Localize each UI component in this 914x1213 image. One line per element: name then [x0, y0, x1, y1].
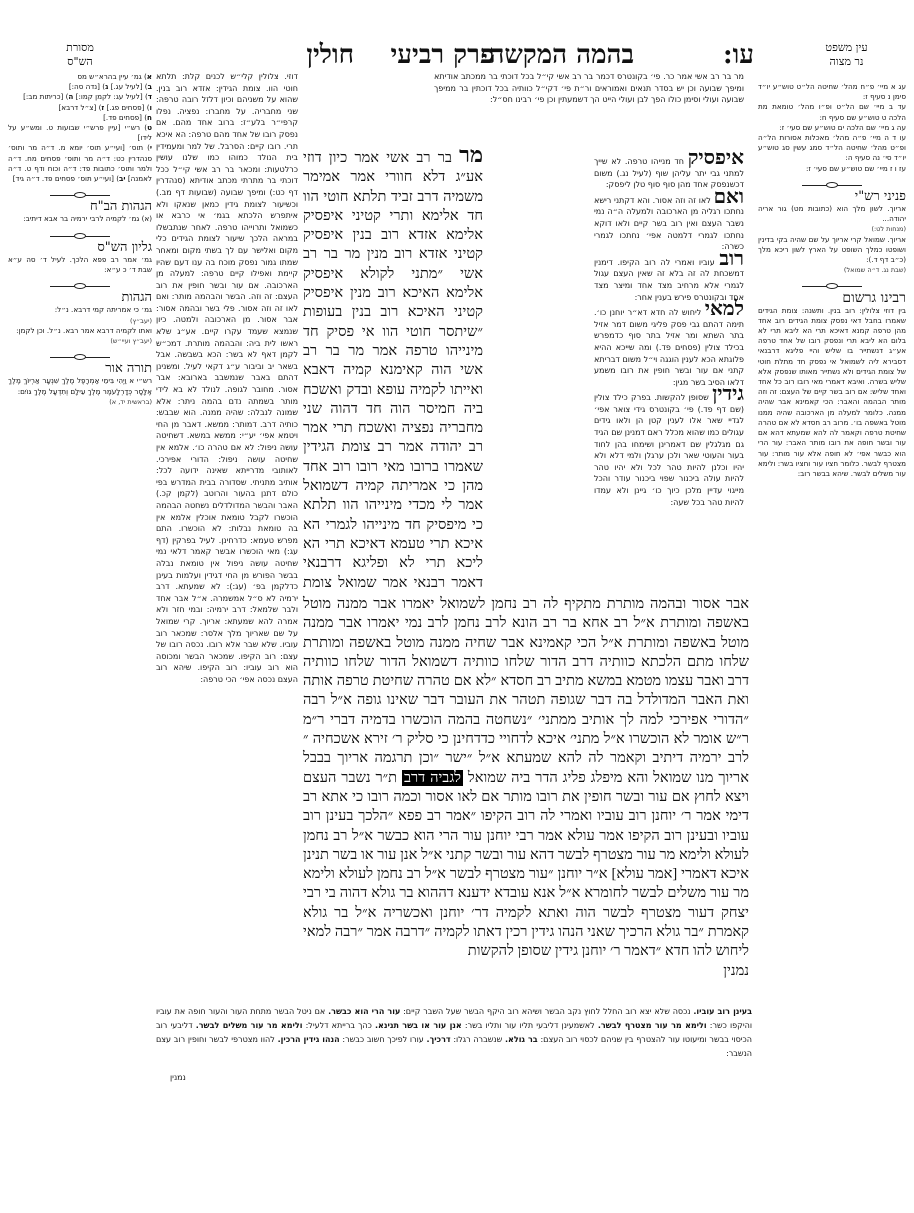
- rashi-block: גידין שסופן להקשות. בפרק כילד צולין (שם …: [594, 388, 744, 508]
- ein-mishpat-entry: עז ו ז מיי׳ שם טוש״ע שם סעי׳ ז:: [758, 164, 906, 174]
- ein-mishpat-entry: עה ג מיי׳ שם הלכה ים טוש״ע שם סעי׳ ז:: [758, 123, 906, 133]
- ornament-divider: [50, 283, 110, 289]
- tosafot-text: דוזי. צלולין קלי״ש לכנים קלת: תלתא חוטי …: [156, 71, 298, 685]
- hagahot-source: (יעב״ץ ועיי״ש): [8, 336, 152, 346]
- masoret-entry: ב) [לעיל עג.] ג) [נדה סה:]: [8, 82, 152, 92]
- penei-rashi-entry: אריוך. לשון מלך הוא (כתובות מט) גור אריה…: [758, 204, 906, 224]
- hashas-label: הש"ס: [40, 55, 120, 69]
- ein-mishpat-entry: עד ב מיי׳ שם הל״ט ופ״ו מהל׳ טומאת מת הלכ…: [758, 102, 906, 122]
- rashi-intro-text: מר בר רב אשי אמר כר. פי׳ בקונטרס דכמר בר…: [434, 71, 744, 106]
- hagahot-text: גמ׳ כי אמריתה קמי דרבא. נ״ל:: [8, 305, 152, 315]
- ein-mishpat-entry: עג א מיי׳ פ״ח מהל׳ שחיטה הל״ט טוש״ע יו״ד…: [758, 82, 906, 102]
- masoret-hashas-column: א) גמ׳ עיין בהרא״ש מס ב) [לעיל עג.] ג) […: [8, 72, 152, 407]
- rashi-block: למאי ליחוש לה חדא דא״ר יוחנן כו׳. תימה ד…: [594, 303, 744, 388]
- gemara-body: אבר אסור ובהמה מותרת מתקיף לה רב נחמן לש…: [303, 595, 749, 962]
- gemara-catchword: נמנין: [303, 962, 749, 981]
- penei-rashi-title: פניני רש"י: [758, 192, 906, 202]
- page-number: עו:: [723, 40, 754, 70]
- rashi-intro: מר בר רב אשי אמר כר. פי׳ בקונטרס דכמר בר…: [434, 71, 744, 106]
- torah-or-source: (בראשית יד, א): [8, 397, 152, 407]
- masoret-label: מסורת: [40, 41, 120, 55]
- ner-mitzvah-label: נר מצוה: [809, 55, 884, 69]
- rashi-column: איפסיק חד מנייהו טרפה. לא שייך למתני גבי…: [594, 152, 744, 508]
- chapter-name: בהמה המקשה: [489, 40, 634, 70]
- rabbeinu-gershom-title: רבינו גרשום: [758, 293, 906, 303]
- ein-mishpat-entry: עו ד ה מיי׳ פ״ה מהל׳ מאכלות אסורות הל״ה …: [758, 133, 906, 164]
- gemara-intro: מר בר רב אשי אמר כיון דוזי אע״ג דלא חוור…: [303, 146, 483, 591]
- gemara-top: מר בר רב אשי אמר כיון דוזי אע״ג דלא חוור…: [303, 146, 483, 591]
- hagahot-source: (יעב״ץ): [8, 316, 152, 326]
- tosafot-column: דוזי. צלולין קלי״ש לכנים קלת: תלתא חוטי …: [156, 71, 298, 951]
- penei-rashi-entry: אריוך. שמואל קרי אריוך על שם שהיה בקי בד…: [758, 235, 906, 266]
- rashi-bottom: בעינן רוב עוביו. נכסה שלא יצא רוב החלל ל…: [156, 1005, 752, 1061]
- penei-rashi-source: (שבת נג. ד״ה שמואל): [758, 265, 906, 275]
- ein-mishpat-label: עין משפט: [809, 41, 884, 55]
- penei-rashi-source: (מנחות לט:): [758, 224, 906, 234]
- gilyon-hashas-text: גמ׳ אמר רב פפא הלכך. לעיל ד׳ סה ע״א שבת …: [8, 255, 152, 275]
- hagahot-title: הגהות: [8, 293, 152, 303]
- hagahot-habach-text: (א) גמ׳ לקמיה לרבי ירמיה בר אבא דיתיב:: [8, 214, 152, 224]
- ein-mishpat-column: עג א מיי׳ פ״ח מהל׳ שחיטה הל״ט טוש״ע יו״ד…: [758, 82, 906, 479]
- ornament-divider: [802, 182, 862, 188]
- ornament-divider: [802, 283, 862, 289]
- torah-or-title: תורה אור: [8, 364, 152, 374]
- masoret-entry: ח) [פסחים פד.]: [8, 113, 152, 123]
- ornament-divider: [50, 233, 110, 239]
- masoret-entry: ט) רש״י [עיין פרש״י שבועות ט. ומש״ע על ל…: [8, 123, 152, 143]
- ornament-divider: [50, 354, 110, 360]
- rashi-block: ואם לאו זה וזה אסור. והא דקתני רישא נחתכ…: [594, 191, 744, 253]
- hagahot-text: ואתו לקמיה דרבא אמר רבא. נ״ל. וכן לקמן:: [8, 326, 152, 336]
- rabbeinu-gershom-text: בין דוזי צלולין: רוב בנין. ותשנה: צומת ה…: [758, 306, 906, 479]
- masoret-entry: א) גמ׳ עיין בהרא״ש מס: [8, 72, 152, 82]
- gemara-main: אבר אסור ובהמה מותרת מתקיף לה רב נחמן לש…: [303, 595, 749, 981]
- highlighted-phrase[interactable]: לגביה דרב: [402, 770, 463, 786]
- masoret-entry: ד) [לעיל עג: לקמן קמו:] ה) [כריתות מב:]: [8, 92, 152, 102]
- masoret-entry: ו) [פסחים פג.] ז) [צ״ל דרבא]: [8, 103, 152, 113]
- ornament-divider: [50, 192, 110, 198]
- rashi-bottom-catchword: נמנין: [170, 1072, 186, 1084]
- gilyon-hashas-title: גליון הש"ס: [8, 243, 152, 253]
- rashi-bottom-text: בעינן רוב עוביו. נכסה שלא יצא רוב החלל ל…: [156, 1005, 752, 1061]
- masoret-entry: י) תוס׳ [ועי״ע תוס׳ יומא מ. ד״ה מר ותוס׳…: [8, 143, 152, 184]
- hagahot-habach-title: הגהות הב"ח: [8, 202, 152, 212]
- torah-or-verse: רש״י א וַיְהִי בִּימֵי אַמְרָפֶל מֶלֶךְ …: [8, 376, 152, 396]
- ein-mishpat-header: עין משפט נר מצוה: [809, 41, 884, 69]
- masoret-hashas-header: מסורת הש"ס: [40, 41, 120, 69]
- chapter-number: פרק רביעי: [390, 40, 494, 70]
- tractate-name: חולין: [306, 40, 354, 70]
